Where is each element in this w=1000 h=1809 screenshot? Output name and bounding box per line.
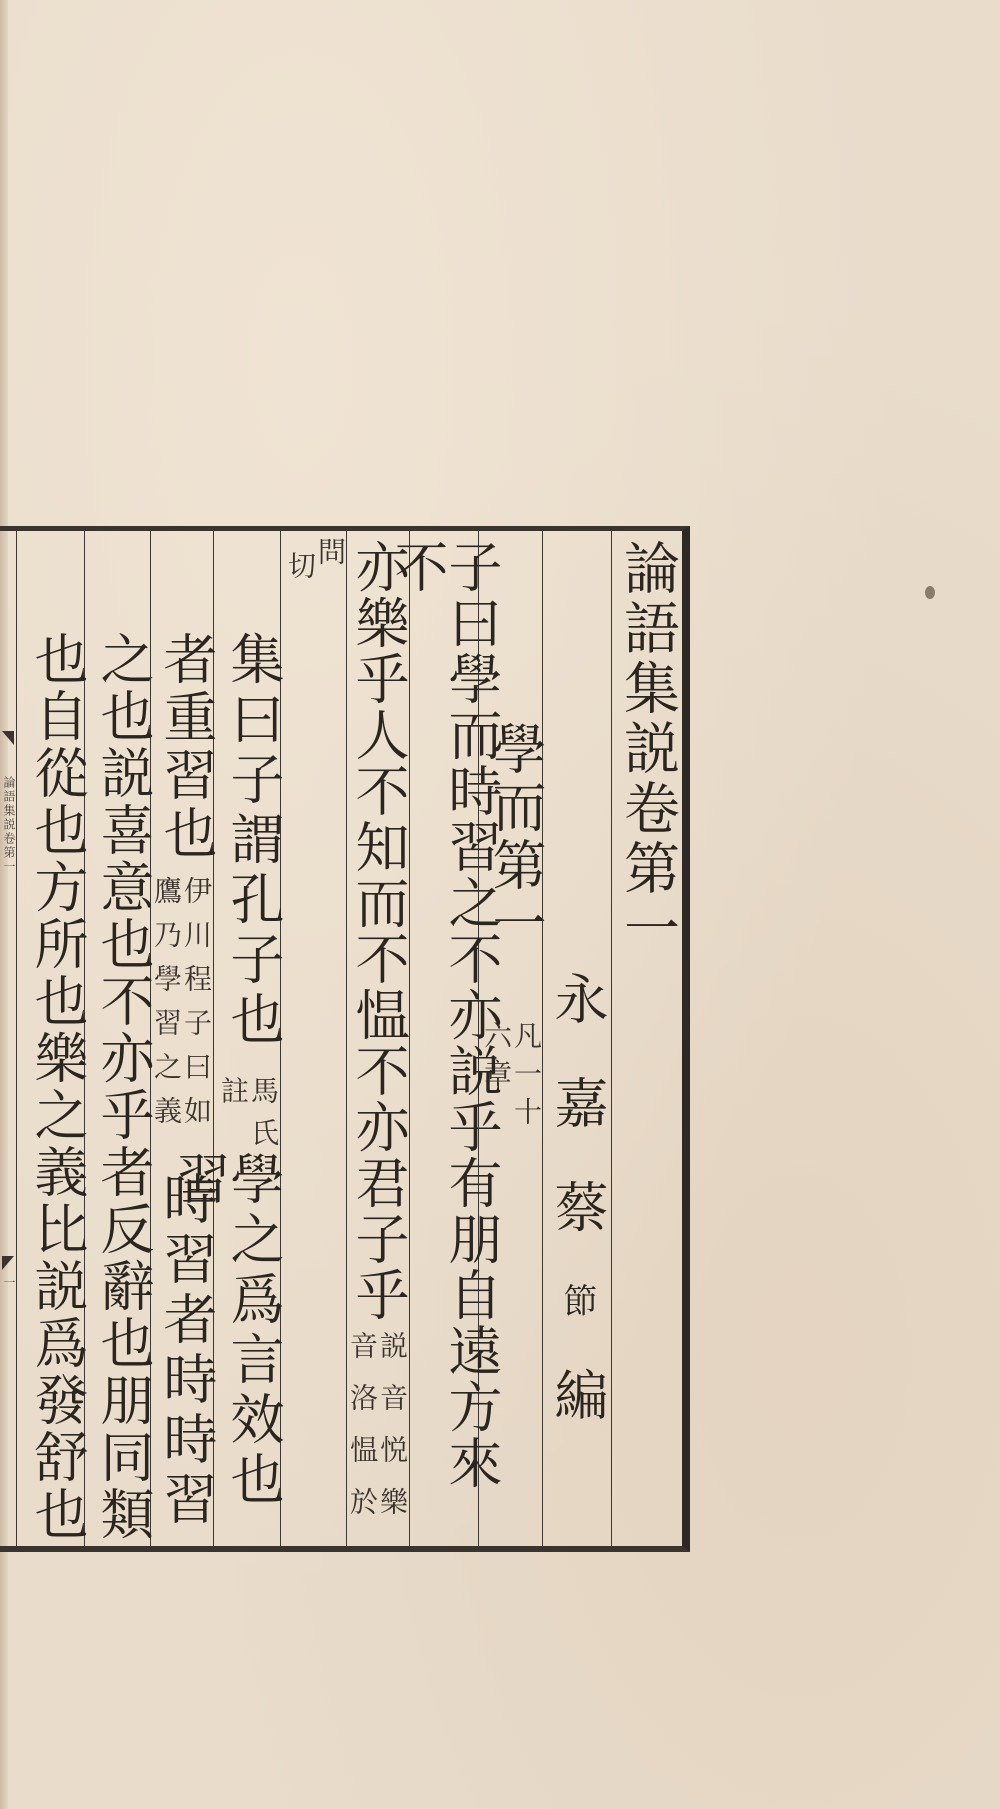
column-title: 論語集説卷第一 — [611, 531, 682, 1546]
note-left: 鷹乃學習之義 — [151, 876, 181, 1140]
column-text-5: 者重習也 伊川程子曰如 鷹乃學習之義 時習者時時習 — [150, 531, 213, 1546]
main-text: 之也説喜意也不亦乎者反辭也朋同類 — [85, 631, 150, 1543]
commentary-note: 伊川程子曰如 鷹乃學習之義 — [153, 876, 211, 1140]
note-left: 切 — [285, 551, 315, 589]
column-author: 永 嘉 蔡 節 編 — [542, 531, 611, 1546]
note-right: 説音悦樂 — [377, 1331, 407, 1539]
book-title: 論語集説卷第一 — [612, 539, 682, 959]
note-right: 馬氏 — [248, 1076, 278, 1160]
column-text-6: 之也説喜意也不亦乎者反辭也朋同類 — [84, 531, 150, 1546]
column-text-4: 集曰子謂孔子也 馬氏 註 學之爲言效也習 — [213, 531, 280, 1546]
main-text-b: 時習者時時習 — [151, 1171, 213, 1531]
note-right: 問 — [315, 537, 345, 589]
column-text-7: 也自從也方所也樂之義比説爲發舒也 — [16, 531, 84, 1546]
note-left: 註 — [218, 1076, 248, 1160]
pronunciation-note: 説音悦樂 音洛愠於 — [349, 1331, 407, 1539]
printed-text-block: 論語集説卷第一 永 嘉 蔡 節 編 學而第一 凡一十 六章 子曰學而時習之不亦説… — [0, 526, 690, 1552]
author-char-2: 嘉 — [550, 1075, 604, 1129]
main-text: 也自從也方所也樂之義比説爲發舒也 — [17, 631, 84, 1543]
note-right: 伊川程子曰如 — [181, 876, 211, 1140]
pronunciation-note-continued: 問 切 — [283, 537, 345, 589]
commentary-note: 馬氏 註 — [218, 1076, 278, 1160]
main-text-a: 者重習也 — [151, 631, 213, 863]
column-text-2: 亦樂乎人不知而不愠不亦君子乎 説音悦樂 音洛愠於 — [346, 531, 409, 1546]
note-left: 音洛愠於 — [347, 1331, 377, 1539]
paper-blemish — [925, 586, 935, 599]
author-role-2: 編 — [550, 1367, 604, 1421]
author-role-1: 節 — [560, 1283, 594, 1317]
main-text-b: 學之爲言效也習 — [214, 1151, 280, 1546]
author-char-1: 永 — [550, 971, 604, 1025]
main-text: 子曰學而時習之不亦説乎有朋自遠方來不 — [410, 539, 478, 1546]
chapter-note-right: 凡一十 — [511, 1021, 541, 1135]
author-line: 永 嘉 蔡 節 編 — [543, 971, 611, 1421]
column-text-1: 子曰學而時習之不亦説乎有朋自遠方來不 — [409, 531, 478, 1546]
column-text-3: 問 切 — [280, 531, 346, 1546]
author-char-3: 蔡 — [550, 1179, 604, 1233]
main-text-a: 集曰子謂孔子也 — [214, 631, 280, 1051]
main-text: 亦樂乎人不知而不愠不亦君子乎 — [347, 539, 409, 1323]
